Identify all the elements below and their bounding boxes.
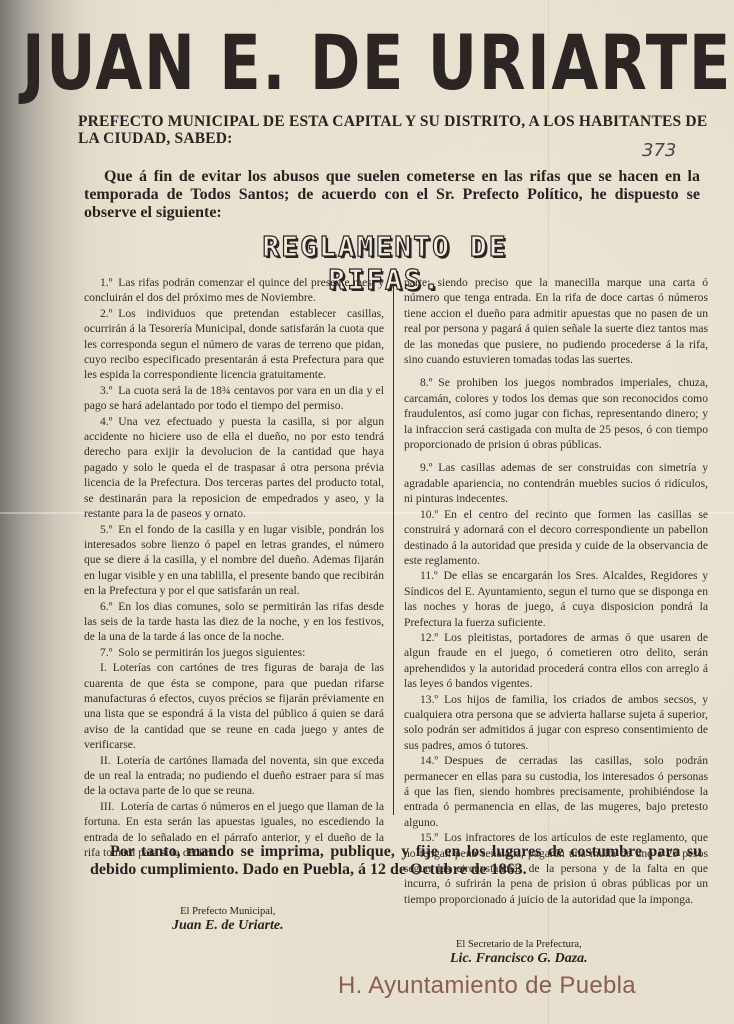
signature-prefect: El Prefecto Municipal, Juan E. de Uriart… (172, 905, 284, 934)
document-title: JUAN E. DE URIARTE, (22, 18, 582, 108)
intro-paragraph: Que á fin de evitar los abusos que suele… (84, 168, 700, 222)
article-7: 7.ºSolo se permitirán los juegos siguien… (84, 645, 384, 660)
signature-secretary: El Secretario de la Prefectura, Lic. Fra… (450, 938, 588, 967)
signature-name: Juan E. de Uriarte. (172, 918, 284, 934)
article-13: 13.ºLos hijos de familia, los criados de… (404, 692, 708, 754)
article-3: 3.ºLa cuota será la de 18¾ centavos por … (84, 383, 384, 414)
article-7-item-ii: II.Lotería de cartónes llamada del noven… (84, 753, 384, 799)
signature-name: Lic. Francisco G. Daza. (450, 951, 588, 967)
signature-role: El Secretario de la Prefectura, (450, 938, 588, 951)
article-9: 9.ºLas casillas ademas de ser construida… (404, 460, 708, 506)
right-column: parte; siendo preciso que la manecilla m… (394, 275, 708, 835)
article-8: 8.ºSe prohiben los juegos nombrados impe… (404, 375, 708, 452)
article-2: 2.ºLos individuos que pretendan establec… (84, 306, 384, 383)
article-10: 10.ºEn el centro del recinto que formen … (404, 507, 708, 569)
regulation-columns: 1.ºLas rifas podrán comenzar el quince d… (84, 275, 709, 835)
article-12: 12.ºLos pleitistas, portadores de armas … (404, 630, 708, 692)
signature-role: El Prefecto Municipal, (172, 905, 284, 918)
left-column: 1.ºLas rifas podrán comenzar el quince d… (84, 275, 393, 835)
archive-number: 373 (642, 140, 676, 161)
article-11: 11.ºDe ellas se encargarán los Sres. Alc… (404, 568, 708, 630)
article-6: 6.ºEn los dias comunes, solo se permitir… (84, 599, 384, 645)
article-1: 1.ºLas rifas podrán comenzar el quince d… (84, 275, 384, 306)
article-7-item-iii-continued: parte; siendo preciso que la manecilla m… (404, 275, 708, 367)
article-7-item-i: I.Loterías con cartónes de tres figuras … (84, 660, 384, 752)
closing-paragraph: Por tanto, mando se imprima, publique, y… (90, 843, 702, 879)
article-14: 14.ºDespues de cerradas las casillas, so… (404, 753, 708, 830)
document-subtitle: PREFECTO MUNICIPAL DE ESTA CAPITAL Y SU … (78, 113, 708, 147)
article-5: 5.ºEn el fondo de la casilla y en lugar … (84, 522, 384, 599)
archive-watermark: H. Ayuntamiento de Puebla (338, 972, 636, 1000)
article-4: 4.ºUna vez efectuado y puesta la casilla… (84, 414, 384, 522)
